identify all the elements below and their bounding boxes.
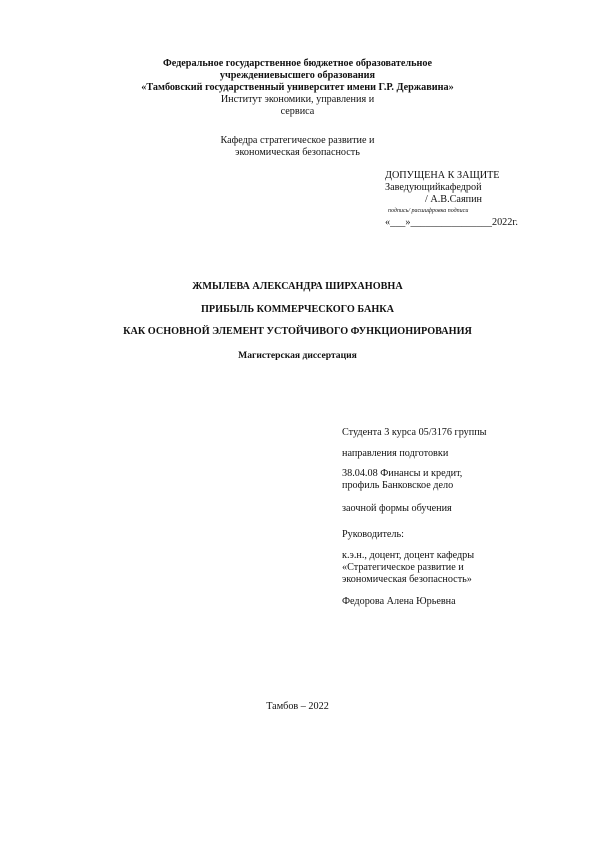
supervisor-label: Руководитель: (342, 529, 404, 541)
author-name: ЖМЫЛЕВА АЛЕКСАНДРА ШИРХАНОВНА (0, 281, 595, 292)
department-line2: экономическая безопасность (0, 147, 595, 159)
approval-date-line: «___»________________2022г. (385, 217, 518, 229)
institute-line1: Институт экономики, управления и (0, 94, 595, 106)
student-course: Студента 3 курса 05/3176 группы (342, 427, 487, 439)
department-line1: Кафедра стратегическое развитие и (0, 135, 595, 147)
supervisor-title-line1: к.э.н., доцент, доцент кафедры (342, 550, 474, 562)
supervisor-title-line3: экономическая безопасность» (342, 574, 472, 586)
direction-line1: 38.04.08 Финансы и кредит, (342, 468, 462, 480)
work-type: Магистерская диссертация (0, 350, 595, 361)
approval-position: Заведующийкафедрой (385, 182, 482, 194)
signature-caption: подпись/ расшифровка подписи (388, 208, 468, 214)
university-name: «Тамбовский государственный университет … (0, 82, 595, 94)
university-header-line1: Федеральное государственное бюджетное об… (0, 58, 595, 70)
supervisor-name: Федорова Алена Юрьевна (342, 596, 456, 608)
thesis-title-line1: ПРИБЫЛЬ КОММЕРЧЕСКОГО БАНКА (0, 304, 595, 315)
thesis-title-line2: КАК ОСНОВНОЙ ЭЛЕМЕНТ УСТОЙЧИВОГО ФУНКЦИО… (0, 326, 595, 337)
supervisor-title-line2: «Стратегическое развитие и (342, 562, 464, 574)
study-form: заочной формы обучения (342, 503, 452, 515)
direction-label: направления подготовки (342, 448, 448, 460)
approval-name: / А.В.Саяпин (425, 194, 482, 206)
city-year: Тамбов – 2022 (0, 701, 595, 713)
institute-line2: сервиса (0, 106, 595, 118)
direction-line2: профиль Банковское дело (342, 480, 453, 492)
approval-title: ДОПУЩЕНА К ЗАЩИТЕ (385, 170, 500, 182)
university-header-line2: учреждениевысшего образования (0, 70, 595, 82)
